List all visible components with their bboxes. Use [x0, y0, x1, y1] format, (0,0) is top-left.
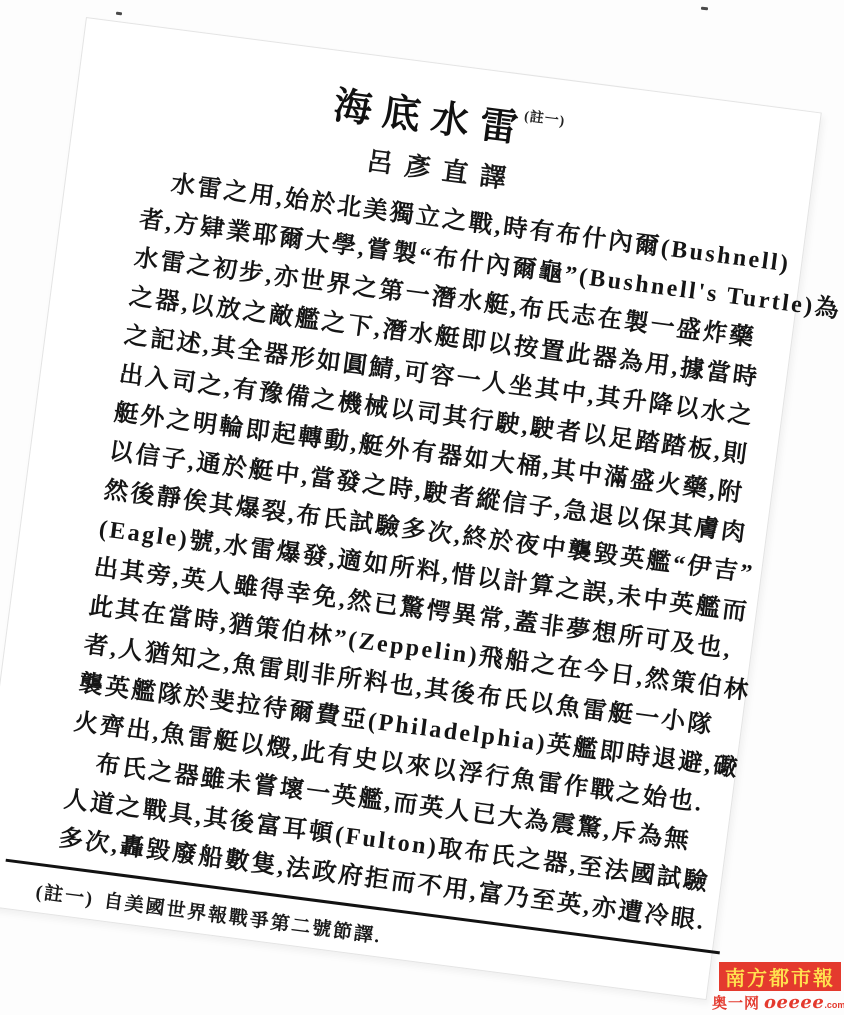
watermark-site-prefix: 奥一网 — [712, 995, 760, 1012]
article-title: 海底水雷 — [331, 85, 531, 152]
watermark-site-name: oeeee — [764, 992, 824, 1013]
watermark-site-tld: .com — [824, 1000, 844, 1010]
scanned-page: 海底水雷(註一) 呂彥直譯 水雷之用,始於北美獨立之戰,時有布什內爾(Bushn… — [0, 0, 844, 1015]
scan-speck — [701, 7, 708, 11]
footnote-text: 自美國世界報戰爭第二號節譯. — [103, 891, 383, 948]
watermark-brand-badge: 南方都市報 — [719, 962, 841, 991]
scan-speck — [116, 12, 122, 16]
watermark-brand-text: 南方都市報 — [725, 962, 835, 991]
article-body: 水雷之用,始於北美獨立之戰,時有布什內爾(Bushnell)者,方肄業耶爾大學,… — [56, 162, 797, 943]
watermark-site-url: 奥一网 oeeee.com — [712, 993, 844, 1015]
footnote-label: (註一) — [34, 882, 95, 910]
article-title-note-ref: (註一) — [523, 109, 566, 129]
paper-sheet: 海底水雷(註一) 呂彥直譯 水雷之用,始於北美獨立之戰,時有布什內爾(Bushn… — [0, 17, 822, 1000]
